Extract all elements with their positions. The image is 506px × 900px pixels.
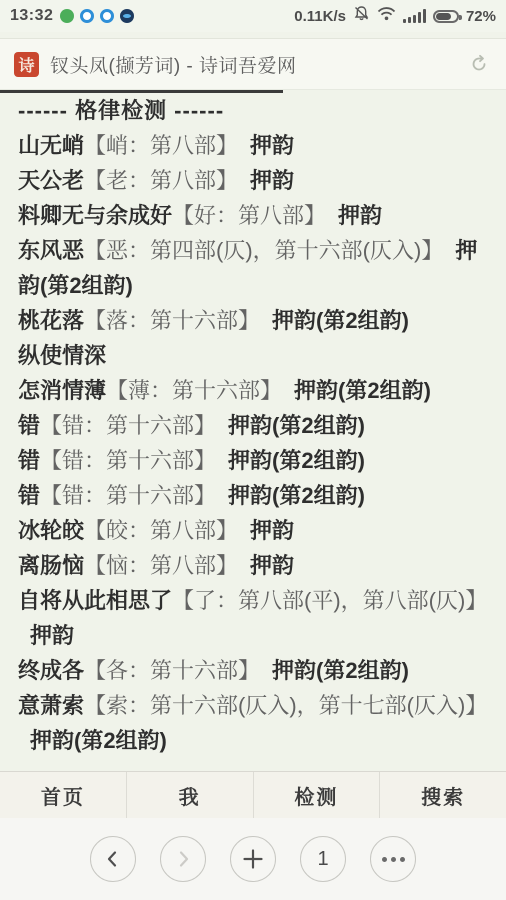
rhyme-result: 押韵 bbox=[30, 623, 74, 648]
rhyme-result: 押韵(第2组韵) bbox=[228, 448, 365, 473]
site-tab-label: 检测 bbox=[294, 781, 338, 810]
rhyme-note: 【峭：第八部】 bbox=[84, 133, 238, 158]
refresh-icon[interactable] bbox=[466, 51, 492, 77]
detection-line: 山无峭【峭：第八部】押韵 bbox=[18, 128, 490, 163]
site-tab-检测[interactable]: 检测 bbox=[253, 772, 380, 818]
rhyme-note: 【好：第八部】 bbox=[172, 203, 326, 228]
detection-line: 怎消情薄【薄：第十六部】押韵(第2组韵) bbox=[18, 373, 490, 408]
detection-line: 冰轮皎【皎：第八部】押韵 bbox=[18, 513, 490, 548]
detection-line: 错【错：第十六部】押韵(第2组韵) bbox=[18, 443, 490, 478]
rhyme-note: 【各：第十六部】 bbox=[84, 658, 260, 683]
rhyme-result: 押韵 bbox=[250, 168, 294, 193]
rhyme-result: 押韵(第2组韵) bbox=[272, 658, 409, 683]
rhyme-result: 押韵(第2组韵) bbox=[30, 728, 167, 753]
rhyme-note: 【错：第十六部】 bbox=[40, 483, 216, 508]
rhyme-note: 【落：第十六部】 bbox=[84, 308, 260, 333]
detection-line: 错【错：第十六部】押韵(第2组韵) bbox=[18, 478, 490, 513]
site-tab-label: 我 bbox=[179, 781, 201, 810]
menu-button[interactable] bbox=[370, 836, 416, 882]
rhyme-note: 【皎：第八部】 bbox=[84, 518, 238, 543]
verse-text: 山无峭 bbox=[18, 133, 84, 158]
signal-bars-icon bbox=[403, 9, 426, 23]
site-tab-bar: 首页 我 检测 搜索 bbox=[0, 771, 506, 818]
rhyme-result: 押韵(第2组韵) bbox=[228, 413, 365, 438]
rhyme-result: 押韵 bbox=[338, 203, 382, 228]
page-title[interactable]: 钗头凤(撷芳词) - 诗词吾爱网 bbox=[50, 51, 466, 78]
detection-line: 天公老【老：第八部】押韵 bbox=[18, 163, 490, 198]
status-bar-left: 13:32 bbox=[10, 7, 134, 25]
verse-text: 料卿无与余成好 bbox=[18, 203, 172, 228]
detection-line: 料卿无与余成好【好：第八部】押韵 bbox=[18, 198, 490, 233]
dark-globe-app-icon bbox=[120, 9, 134, 23]
verse-text: 纵使情深 bbox=[18, 343, 106, 368]
detection-line: 桃花落【落：第十六部】押韵(第2组韵) bbox=[18, 303, 490, 338]
rhyme-result: 押韵(第2组韵) bbox=[228, 483, 365, 508]
browser-title-bar[interactable]: 诗 钗头凤(撷芳词) - 诗词吾爱网 bbox=[0, 38, 506, 90]
rhyme-note: 【恶：第四部(仄)，第十六部(仄入)】 bbox=[84, 238, 443, 263]
status-bar: 13:32 0.11K/s bbox=[0, 0, 506, 32]
verse-text: 天公老 bbox=[18, 168, 84, 193]
status-bar-right: 0.11K/s 72% bbox=[294, 5, 496, 27]
rhyme-note: 【错：第十六部】 bbox=[40, 413, 216, 438]
detection-line: 纵使情深 bbox=[18, 338, 490, 373]
section-heading: ------ 格律检测 ------ bbox=[18, 93, 490, 128]
ellipsis-icon bbox=[382, 857, 405, 862]
verse-text: 桃花落 bbox=[18, 308, 84, 333]
rhyme-note: 【老：第八部】 bbox=[84, 168, 238, 193]
tab-count: 1 bbox=[317, 848, 328, 871]
detection-line: 意萧索【索：第十六部(仄入)，第十七部(仄入)】押韵(第2组韵) bbox=[18, 688, 490, 758]
verse-text: 意萧索 bbox=[18, 693, 84, 718]
rhyme-result: 押韵 bbox=[250, 518, 294, 543]
rhyme-note: 【了：第八部(平)，第八部(仄)】 bbox=[172, 588, 487, 613]
rhyme-result: 押韵 bbox=[250, 133, 294, 158]
clock: 13:32 bbox=[10, 7, 53, 25]
chevron-left-icon bbox=[102, 848, 124, 870]
site-tab-首页[interactable]: 首页 bbox=[0, 772, 126, 818]
rhyme-note: 【恼：第八部】 bbox=[84, 553, 238, 578]
rhyme-result: 押韵 bbox=[250, 553, 294, 578]
battery-icon bbox=[433, 10, 459, 23]
verse-text: 错 bbox=[18, 448, 40, 473]
verse-text: 东风恶 bbox=[18, 238, 84, 263]
detection-line: 错【错：第十六部】押韵(第2组韵) bbox=[18, 408, 490, 443]
new-tab-button[interactable] bbox=[230, 836, 276, 882]
verse-text: 错 bbox=[18, 413, 40, 438]
plus-icon bbox=[241, 847, 265, 871]
phone-screen: 13:32 0.11K/s bbox=[0, 0, 506, 900]
blue-ring-app-icon bbox=[100, 9, 114, 23]
forward-button[interactable] bbox=[160, 836, 206, 882]
blue-ring-app-icon bbox=[80, 9, 94, 23]
detection-line: 离肠恼【恼：第八部】押韵 bbox=[18, 548, 490, 583]
tab-count-button[interactable]: 1 bbox=[300, 836, 346, 882]
site-tab-搜索[interactable]: 搜索 bbox=[379, 772, 506, 818]
detection-line: 东风恶【恶：第四部(仄)，第十六部(仄入)】押韵(第2组韵) bbox=[18, 233, 490, 303]
wifi-icon bbox=[377, 6, 396, 26]
verse-text: 错 bbox=[18, 483, 40, 508]
battery-percent: 72% bbox=[466, 8, 496, 25]
detection-line: 终成各【各：第十六部】押韵(第2组韵) bbox=[18, 653, 490, 688]
rhyme-note: 【索：第十六部(仄入)，第十七部(仄入)】 bbox=[84, 693, 487, 718]
rhyme-note: 【错：第十六部】 bbox=[40, 448, 216, 473]
rhyme-result: 押韵(第2组韵) bbox=[294, 378, 431, 403]
detection-lines: 山无峭【峭：第八部】押韵 天公老【老：第八部】押韵 料卿无与余成好【好：第八部】… bbox=[18, 128, 490, 758]
network-speed: 0.11K/s bbox=[294, 8, 346, 25]
verse-text: 自将从此相思了 bbox=[18, 588, 172, 613]
rhyme-note: 【薄：第十六部】 bbox=[106, 378, 282, 403]
green-plus-app-icon bbox=[60, 9, 74, 23]
browser-toolbar: 1 bbox=[0, 818, 506, 900]
detection-line: 自将从此相思了【了：第八部(平)，第八部(仄)】押韵 bbox=[18, 583, 490, 653]
chevron-right-icon bbox=[172, 848, 194, 870]
site-tab-label: 搜索 bbox=[421, 781, 465, 810]
verse-text: 怎消情薄 bbox=[18, 378, 106, 403]
site-tab-label: 首页 bbox=[41, 781, 85, 810]
verse-text: 终成各 bbox=[18, 658, 84, 683]
verse-text: 离肠恼 bbox=[18, 553, 84, 578]
site-favicon: 诗 bbox=[14, 52, 39, 77]
notification-app-icons bbox=[60, 9, 134, 23]
rhyme-result: 押韵(第2组韵) bbox=[272, 308, 409, 333]
back-button[interactable] bbox=[90, 836, 136, 882]
mute-bell-icon bbox=[353, 5, 370, 27]
site-tab-我[interactable]: 我 bbox=[126, 772, 253, 818]
verse-text: 冰轮皎 bbox=[18, 518, 84, 543]
